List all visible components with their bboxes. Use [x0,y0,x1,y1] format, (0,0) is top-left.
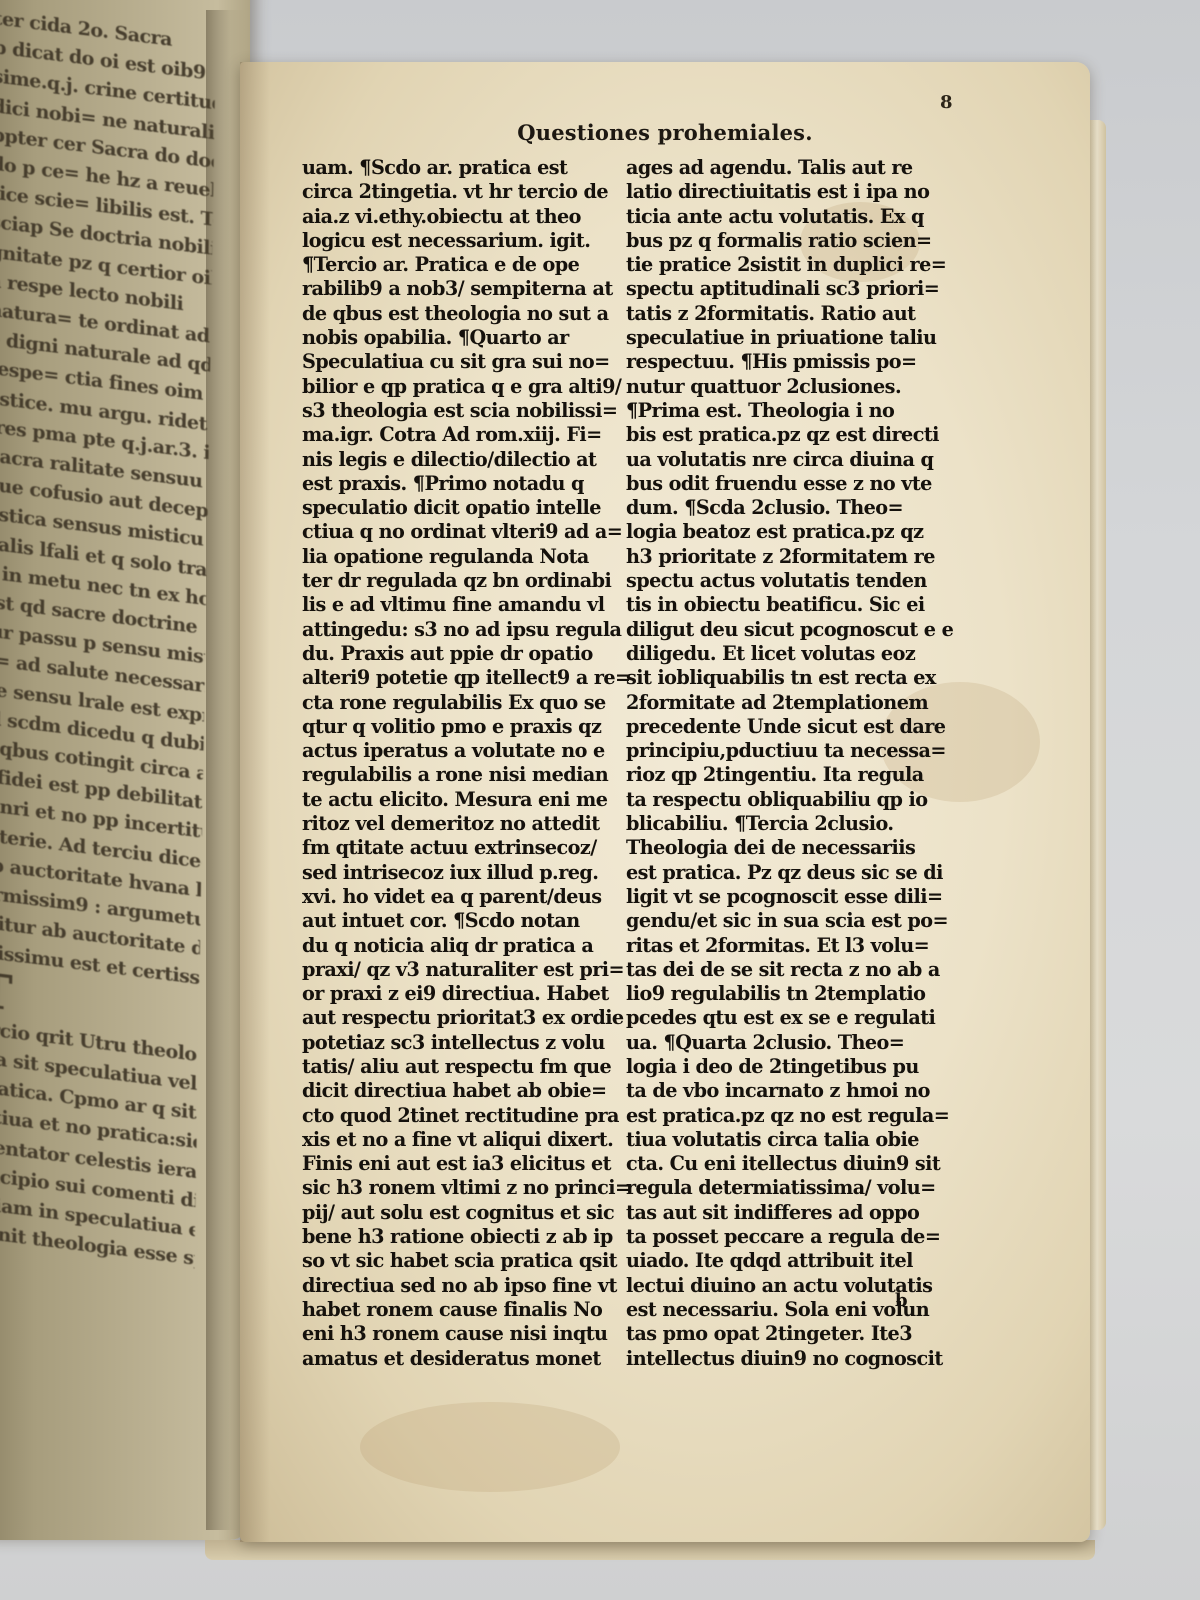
text-line: diligut deu sicut pcognoscut e e [626,618,966,642]
text-line: est pratica.pz qz no est regula= [626,1104,966,1128]
text-line: bis est pratica.pz qz est directi [626,423,966,447]
text-line: lectui diuino an actu volutatis [626,1274,966,1298]
text-line: pcedes qtu est ex se e regulati [626,1006,966,1030]
text-line: dicit directiua habet ab obie= [302,1079,642,1103]
text-line: ta posset peccare a regula de= [626,1225,966,1249]
text-line: Speculatiua cu sit gra sui no= [302,350,642,374]
text-line: spectu aptitudinali sc3 priori= [626,277,966,301]
text-line: ¶Tercio ar. Pratica e de ope [302,253,642,277]
text-line: ua. ¶Quarta 2clusio. Theo= [626,1031,966,1055]
text-line: du. Praxis aut ppie dr opatio [302,642,642,666]
text-line: nobis opabilia. ¶Quarto ar [302,326,642,350]
left-page-text: ter cida 2o. Sacrab dicat do oi est oib9… [0,4,216,1274]
text-line: bus odit fruendu esse z no vte [626,472,966,496]
text-line: nutur quattuor 2clusiones. [626,375,966,399]
text-line: dum. ¶Scda 2clusio. Theo= [626,496,966,520]
page-number: 8 [940,92,953,113]
text-line: respectuu. ¶His pmissis po= [626,350,966,374]
text-line: tas pmo opat 2tingeter. Ite3 [626,1322,966,1346]
text-line: lio9 regulabilis tn 2templatio [626,982,966,1006]
right-main-page: 8 Questiones prohemiales. uam. ¶Scdo ar.… [240,62,1090,1542]
text-line: gendu/et sic in sua scia est po= [626,909,966,933]
text-line: tas aut sit indifferes ad oppo [626,1201,966,1225]
text-line: latio directiuitatis est i ipa no [626,180,966,204]
text-line: tas dei de se sit recta z no ab a [626,958,966,982]
text-line: alteri9 potetie qp itellect9 a re= [302,666,642,690]
text-line: lia opatione regulanda Nota [302,545,642,569]
text-line: fm qtitate actuu extrinsecoz/ [302,836,642,860]
text-line: bene h3 ratione obiecti z ab ip [302,1225,642,1249]
text-line: attingedu: s3 no ad ipsu regula [302,618,642,642]
text-line: aut respectu prioritat3 ex ordie [302,1006,642,1030]
text-line: aia.z vi.ethy.obiectu at theo [302,205,642,229]
text-line: bilior e qp pratica q e gra alti9/ [302,375,642,399]
text-line: regula determiatissima/ volu= [626,1176,966,1200]
text-line: nis legis e dilectio/dilectio at [302,448,642,472]
text-line: sic h3 ronem vltimi z no princi= [302,1176,642,1200]
running-head: Questiones prohemiales. [240,120,1090,145]
text-line: ua volutatis nre circa diuina q [626,448,966,472]
page-block-bottom-edge [205,1540,1095,1560]
text-line: qtur q volitio pmo e praxis qz [302,715,642,739]
text-line: h3 prioritate z 2formitatem re [626,545,966,569]
text-line: ritoz vel demeritoz no attedit [302,812,642,836]
text-line: ctiua q no ordinat vlteri9 ad a= [302,520,642,544]
text-line: or praxi z ei9 directiua. Habet [302,982,642,1006]
text-line: intellectus diuin9 no cognoscit [626,1347,966,1371]
text-line: rioz qp 2tingentiu. Ita regula [626,763,966,787]
text-line: cta rone regulabilis Ex quo se [302,691,642,715]
text-line: lis e ad vltimu fine amandu vl [302,593,642,617]
text-line: blicabiliu. ¶Tercia 2clusio. [626,812,966,836]
text-line: cto quod 2tinet rectitudine pra [302,1104,642,1128]
text-column-left: uam. ¶Scdo ar. pratica estcirca 2tingeti… [302,156,642,1371]
text-line: bus pz q formalis ratio scien= [626,229,966,253]
text-line: sed intrisecoz iux illud p.reg. [302,861,642,885]
text-line: ma.igr. Cotra Ad rom.xiij. Fi= [302,423,642,447]
text-line: uam. ¶Scdo ar. pratica est [302,156,642,180]
text-line: Finis eni aut est ia3 elicitus et [302,1152,642,1176]
text-line: ligit vt se pcognoscit esse dili= [626,885,966,909]
text-line: tis in obiectu beatificu. Sic ei [626,593,966,617]
text-line: ticia ante actu volutatis. Ex q [626,205,966,229]
text-line: speculatiue in priuatione taliu [626,326,966,350]
text-line: ¶Prima est. Theologia i no [626,399,966,423]
text-line: amatus et desideratus monet [302,1347,642,1371]
text-line: so vt sic habet scia pratica qsit [302,1249,642,1273]
text-line: cta. Cu eni itellectus diuin9 sit [626,1152,966,1176]
text-column-right: ages ad agendu. Talis aut relatio direct… [626,156,966,1371]
signature-mark: b [895,1290,908,1311]
text-line: xvi. ho videt ea q parent/deus [302,885,642,909]
text-line: circa 2tingetia. vt hr tercio de [302,180,642,204]
left-facing-page: ter cida 2o. Sacrab dicat do oi est oib9… [0,0,250,1540]
photo-scene: ter cida 2o. Sacrab dicat do oi est oib9… [0,0,1200,1600]
text-line: du q noticia aliq dr pratica a [302,934,642,958]
page-block-fore-edge [1088,120,1106,1530]
text-line: est pratica. Pz qz deus sic se di [626,861,966,885]
text-line: est necessariu. Sola eni volun [626,1298,966,1322]
text-line: habet ronem cause finalis No [302,1298,642,1322]
text-line: ages ad agendu. Talis aut re [626,156,966,180]
foxing-stain [360,1402,620,1492]
text-line: tie pratice 2sistit in duplici re= [626,253,966,277]
text-line: xis et no a fine vt aliqui dixert. [302,1128,642,1152]
text-line: tatis/ aliu aut respectu fm que [302,1055,642,1079]
text-line: speculatio dicit opatio intelle [302,496,642,520]
text-line: Theologia dei de necessariis [626,836,966,860]
text-line: sit iobliquabilis tn est recta ex [626,666,966,690]
text-line: rabilib9 a nob3/ sempiterna at [302,277,642,301]
text-line: te actu elicito. Mesura eni me [302,788,642,812]
text-line: logia beatoz est pratica.pz qz [626,520,966,544]
text-line: ta de vbo incarnato z hmoi no [626,1079,966,1103]
text-line: logia i deo de 2tingetibus pu [626,1055,966,1079]
text-line: de qbus est theologia no sut a [302,302,642,326]
text-line: uiado. Ite qdqd attribuit itel [626,1249,966,1273]
text-line: logicu est necessarium. igit. [302,229,642,253]
text-line: ter dr regulada qz bn ordinabi [302,569,642,593]
text-line: tatis z 2formitatis. Ratio aut [626,302,966,326]
text-line: potetiaz sc3 intellectus z volu [302,1031,642,1055]
text-line: pij/ aut solu est cognitus et sic [302,1201,642,1225]
text-line: est praxis. ¶Primo notadu q [302,472,642,496]
text-line: eni h3 ronem cause nisi inqtu [302,1322,642,1346]
text-line: tiua volutatis circa talia obie [626,1128,966,1152]
text-line: praxi/ qz v3 naturaliter est pri= [302,958,642,982]
text-line: regulabilis a rone nisi median [302,763,642,787]
text-line: ta respectu obliquabiliu qp io [626,788,966,812]
text-line: precedente Unde sicut est dare [626,715,966,739]
text-line: spectu actus volutatis tenden [626,569,966,593]
text-line: ritas et 2formitas. Et l3 volu= [626,934,966,958]
text-line: diligedu. Et licet volutas eoz [626,642,966,666]
text-line: principiu,pductiuu ta necessa= [626,739,966,763]
text-line: aut intuet cor. ¶Scdo notan [302,909,642,933]
text-line: 2formitate ad 2templationem [626,691,966,715]
text-line: directiua sed no ab ipso fine vt [302,1274,642,1298]
text-line: s3 theologia est scia nobilissi= [302,399,642,423]
text-line: actus iperatus a volutate no e [302,739,642,763]
